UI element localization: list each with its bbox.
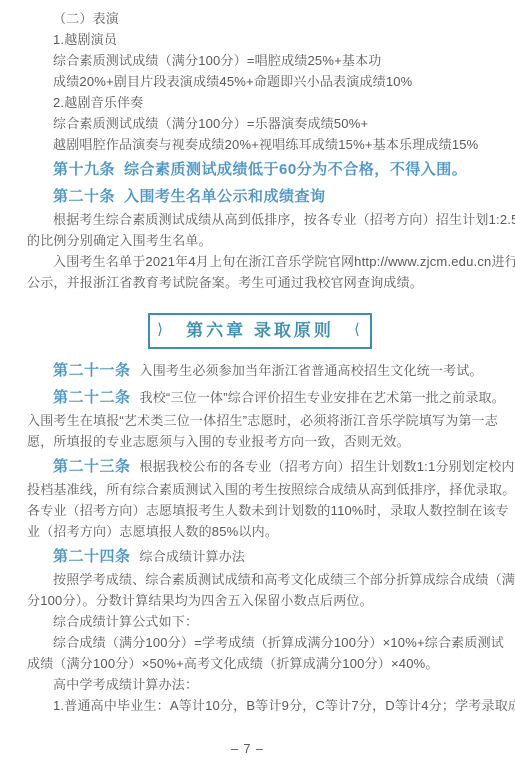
article-number: 第二十二条 (53, 389, 131, 406)
ribbon-right-icon: ⟨ (354, 318, 363, 342)
heading-text: 根据我校公布的各专业（招考方向）招生计划数1:1分别划定校内 (140, 459, 515, 474)
article-heading: 第二十二条我校“三位一体”综合评价招生专业安排在艺术第一批之前录取。 (27, 386, 493, 410)
text-line: 各专业（招考方向）志愿填报考生人数未到计划数的110%时，录取人数控制在该专 (27, 500, 493, 521)
heading-text: 综合素质测试成绩低于60分为不合格，不得入围。 (124, 161, 467, 178)
ribbon-left-icon: ⟩ (157, 318, 166, 342)
text-line: 2.越剧音乐伴奏 (27, 92, 493, 113)
text-line: 分100分）。分数计算结果均为四舍五入保留小数点后两位。 (27, 590, 493, 611)
text-line: 公示，并报浙江省教育考试院备案。考生可通过我校官网查询成绩。 (27, 272, 493, 293)
text-line: 成绩（满分100分）×50%+高考文化成绩（折算成满分100分）×40%。 (27, 653, 493, 674)
text-line: 1.越剧演员 (27, 29, 493, 50)
text-line: 愿，所填报的专业志愿须与入围的专业报考方向一致，否则无效。 (27, 431, 493, 452)
chapter-title: 第六章 录取原则 (186, 321, 334, 340)
text-line: 入围考生名单于2021年4月上旬在浙江音乐学院官网http://www.zjcm… (27, 251, 493, 272)
article-heading: 第十九条综合素质测试成绩低于60分为不合格，不得入围。 (27, 158, 493, 182)
text-line: 成绩20%+剧目片段表演成绩45%+命题即兴小品表演成绩10% (27, 71, 493, 92)
text-line: 综合素质测试成绩（满分100分）=唱腔成绩25%+基本功 (27, 50, 493, 71)
heading-text: 综合成绩计算办法 (140, 549, 246, 564)
article-number: 第二十三条 (53, 458, 131, 475)
text-line: 投档基准线，所有综合素质测试入围的考生按照综合成绩从高到低排序，择优录取。 (27, 479, 493, 500)
text-line: （二）表演 (27, 8, 493, 29)
article-heading: 第二十四条综合成绩计算办法 (27, 545, 493, 569)
document-page: （二）表演1.越剧演员综合素质测试成绩（满分100分）=唱腔成绩25%+基本功成… (0, 0, 515, 716)
chapter-banner-row: ⟩ 第六章 录取原则 ⟨ (27, 313, 493, 349)
article-number: 第二十条 (53, 188, 115, 205)
heading-text: 入围考生名单公示和成绩查询 (124, 188, 326, 205)
text-line: 按照学考成绩、综合素质测试成绩和高考文化成绩三个部分折算成综合成绩（满 (27, 569, 493, 590)
article-heading: 第二十三条根据我校公布的各专业（招考方向）招生计划数1:1分别划定校内 (27, 455, 493, 479)
text-line: 综合素质测试成绩（满分100分）=乐器演奏成绩50%+ (27, 113, 493, 134)
chapter-banner: ⟩ 第六章 录取原则 ⟨ (148, 313, 372, 349)
text-line: 综合成绩（满分100分）=学考成绩（折算成满分100分）×10%+综合素质测试 (27, 632, 493, 653)
text-line: 业（招考方向）志愿填报人数的85%以内。 (27, 521, 493, 542)
text-line: 入围考生在填报“艺术类三位一体招生”志愿时，必须将浙江音乐学院填写为第一志 (27, 410, 493, 431)
text-line: 的比例分别确定入围考生名单。 (27, 230, 493, 251)
page-number: – 7 – (0, 742, 495, 756)
text-line: 越剧唱腔作品演奏与视奏成绩20%+视唱练耳成绩15%+基本乐理成绩15% (27, 134, 493, 155)
article-number: 第二十一条 (53, 362, 131, 379)
document-body-top: （二）表演1.越剧演员综合素质测试成绩（满分100分）=唱腔成绩25%+基本功成… (27, 8, 493, 293)
text-line: 综合成绩计算公式如下： (27, 611, 493, 632)
article-number: 第十九条 (53, 161, 115, 178)
heading-text: 入围考生必须参加当年浙江省普通高校招生文化统一考试。 (140, 363, 483, 378)
document-body-bottom: 第二十一条入围考生必须参加当年浙江省普通高校招生文化统一考试。第二十二条我校“三… (27, 359, 493, 716)
text-line: 高中学考成绩计算办法： (27, 674, 493, 695)
article-heading: 第二十条入围考生名单公示和成绩查询 (27, 185, 493, 209)
article-heading: 第二十一条入围考生必须参加当年浙江省普通高校招生文化统一考试。 (27, 359, 493, 383)
text-line: 根据考生综合素质测试成绩从高到低排序，按各专业（招考方向）招生计划1:2.5 (27, 209, 493, 230)
article-number: 第二十四条 (53, 548, 131, 565)
text-line: 1.普通高中毕业生：A等计10分，B等计9分，C等计7分，D等计4分；学考录取成 (27, 695, 493, 716)
heading-text: 我校“三位一体”综合评价招生专业安排在艺术第一批之前录取。 (140, 390, 505, 405)
